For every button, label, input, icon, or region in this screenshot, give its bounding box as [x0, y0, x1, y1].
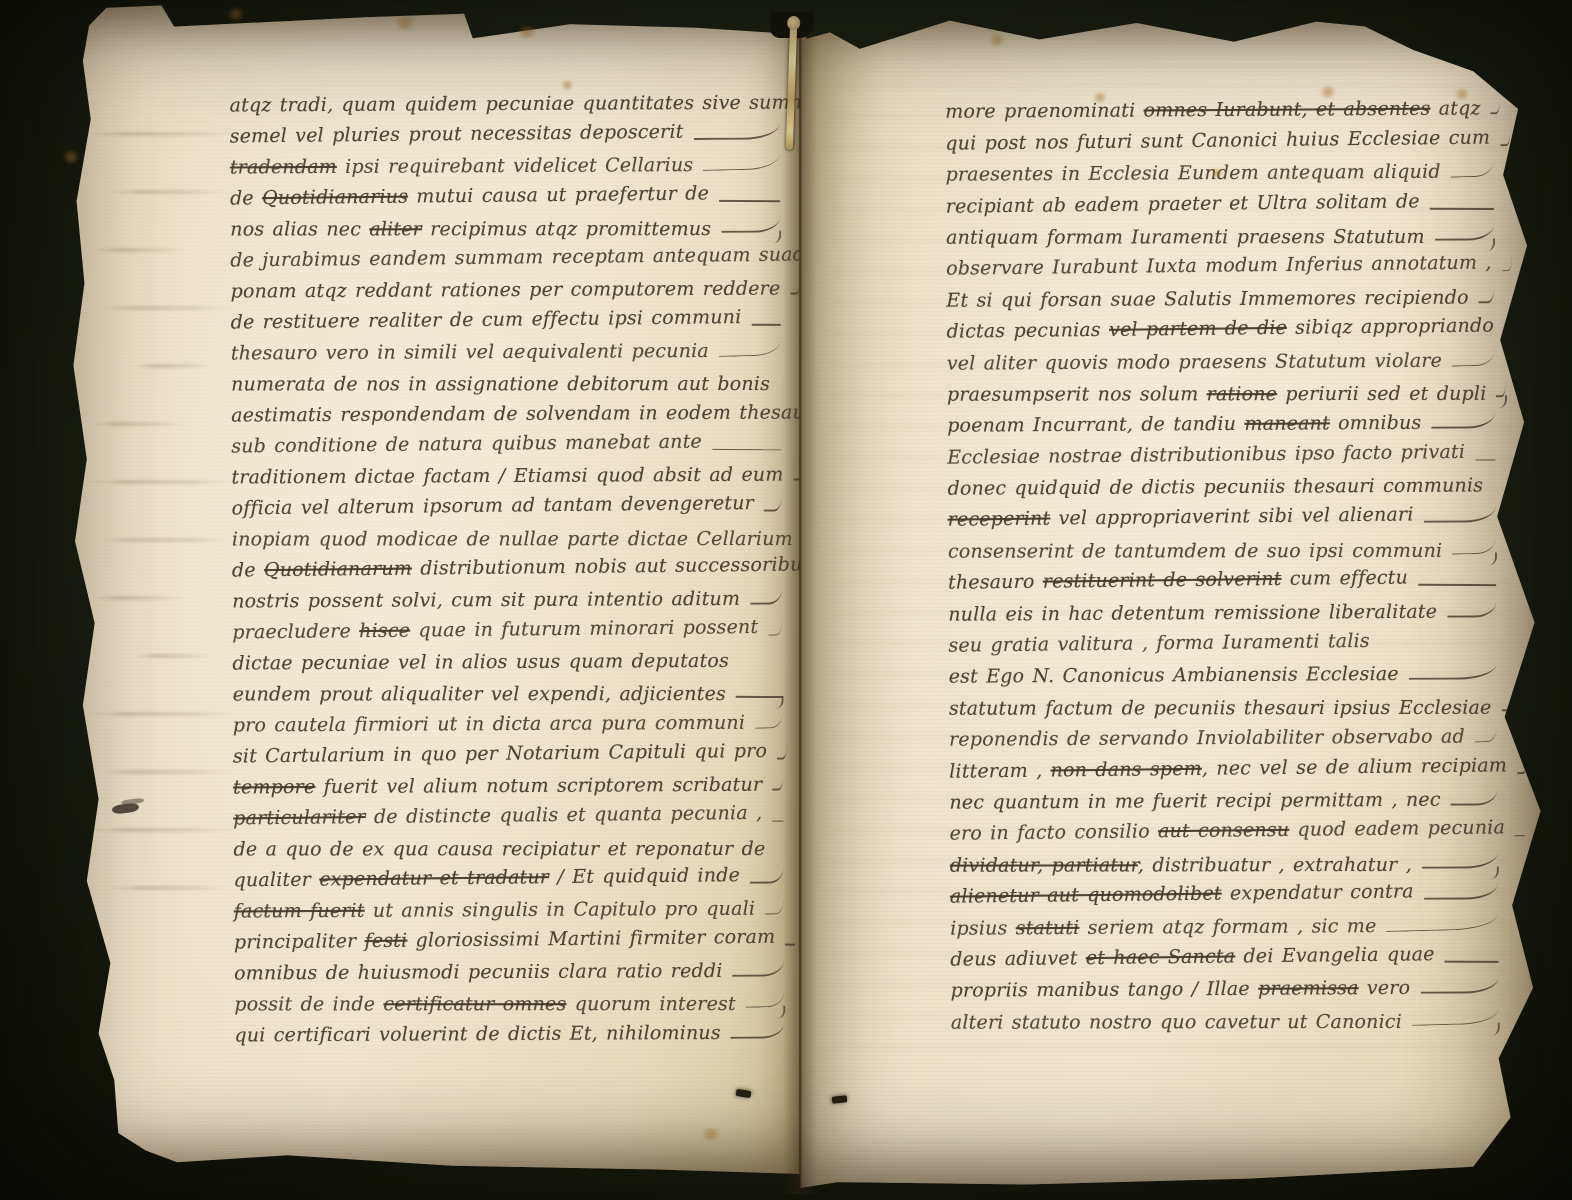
line-end-flourish — [768, 620, 782, 635]
line-text: omnibus de huiusmodi pecuniis clara rati… — [234, 959, 722, 987]
line-end-flourish — [750, 868, 784, 884]
line-text: tempore fuerit vel alium notum scriptore… — [233, 773, 762, 801]
right-page-text: more praenominati omnes Iurabunt, et abs… — [945, 90, 1501, 1035]
line-text: thesauro restituerint de solverint cum e… — [948, 566, 1408, 596]
manuscript-line: tempore fuerit vel alium notum scriptore… — [233, 767, 785, 801]
manuscript-line: aestimatis respondendam de solvendam in … — [231, 395, 783, 429]
line-end-flourish — [1435, 224, 1495, 240]
fox-spot — [560, 80, 574, 90]
line-end-flourish — [1447, 601, 1496, 617]
struck-words: alienetur aut quomodolibet — [950, 883, 1222, 908]
line-text: consenserint de tantumdem de suo ipsi co… — [948, 539, 1442, 565]
manuscript-line: deus adiuvet et haec Sancta dei Evangeli… — [950, 938, 1500, 973]
line-end-flourish — [772, 807, 783, 822]
line-end-flourish — [1418, 570, 1496, 586]
line-text: thesauro vero in simili vel aequivalenti… — [231, 339, 709, 367]
manuscript-line: de restituere realiter de cum effectu ip… — [231, 302, 783, 336]
line-text: de jurabimus eandem summam receptam ante… — [230, 242, 817, 273]
line-text: ponam atqz reddant rationes per computor… — [230, 277, 780, 305]
manuscript-line: observare Iurabunt Iuxta modum Inferius … — [946, 247, 1496, 282]
line-text: tradendam ipsi requirebant videlicet Cel… — [230, 153, 694, 180]
line-text: litteram , non dans spem, nec vel se de … — [949, 753, 1507, 784]
line-text: donec quidquid de dictis pecuniis thesau… — [947, 473, 1483, 501]
line-text: factum fuerit ut annis singulis in Capit… — [234, 897, 755, 925]
line-end-flourish — [1445, 947, 1499, 963]
right-page: more praenominati omnes Iurabunt, et abs… — [800, 10, 1548, 1188]
line-end-flourish — [719, 186, 780, 202]
manuscript-line: more praenominati omnes Iurabunt, et abs… — [945, 90, 1495, 125]
manuscript-line: propriis manibus tango / Illae praemissa… — [950, 969, 1500, 1004]
line-text: de Quotidianarius mutui causa ut praefer… — [230, 181, 709, 211]
manuscript-line: dividatur, partiatur, distribuatur , ext… — [950, 844, 1500, 879]
manuscript-line: inopiam quod modicae de nullae parte dic… — [232, 519, 784, 553]
manuscript-line: praecludere hisce quae in futurum minora… — [232, 612, 784, 646]
line-text: numerata de nos in assignatione debitoru… — [231, 372, 770, 397]
manuscript-line: est Ego N. Canonicus Ambianensis Ecclesi… — [949, 655, 1499, 690]
line-text: ero in facto consilio aut consensu quod … — [949, 816, 1505, 847]
line-end-flourish — [1517, 758, 1527, 774]
manuscript-line: dictas pecunias vel partem de die sibiqz… — [946, 310, 1496, 345]
struck-words: statuti — [1016, 916, 1080, 938]
struck-words: factum fuerit — [234, 900, 365, 923]
line-end-flourish — [750, 589, 782, 605]
line-end-flourish — [1515, 822, 1525, 837]
line-end-flourish — [1479, 287, 1495, 303]
line-text: de Quotidianarum distributionum nobis au… — [232, 552, 813, 583]
manuscript-line: vel aliter quovis modo praesens Statutum… — [947, 341, 1497, 376]
fox-spot — [516, 26, 538, 38]
line-text: nec quantum in me fuerit recipi permitta… — [949, 788, 1440, 816]
manuscript-line: de Quotidianarius mutui causa ut praefer… — [230, 178, 782, 212]
struck-words: tempore — [233, 776, 315, 798]
struck-words: dividatur, partiatur — [950, 854, 1138, 876]
manuscript-line: antiquam formam Iuramenti praesens Statu… — [946, 216, 1496, 251]
line-end-flourish — [1420, 978, 1499, 994]
manuscript-line: atqz tradi, quam quidem pecuniae quantit… — [229, 85, 781, 119]
manuscript-line: statutum factum de pecuniis thesauri ips… — [949, 687, 1499, 722]
manuscript-line: de Quotidianarum distributionum nobis au… — [232, 550, 784, 584]
manuscript-line: nostris possent solvi, cum sit pura inte… — [232, 581, 784, 615]
line-text: antiquam formam Iuramenti praesens Statu… — [946, 225, 1425, 251]
line-end-flourish — [764, 496, 782, 512]
line-end-flourish — [752, 310, 781, 326]
line-text: sit Cartularium in quo per Notarium Capi… — [233, 739, 767, 770]
line-end-flourish — [732, 961, 784, 977]
line-text: ipsius statuti seriem atqz formam , sic … — [950, 914, 1376, 942]
struck-words: Quotidianarius — [262, 186, 408, 210]
manuscript-line: reponendis de servando Inviolabiliter ob… — [949, 718, 1499, 753]
line-end-flourish — [736, 682, 783, 698]
line-text: eundem prout aliqualiter vel expendi, ad… — [233, 682, 726, 707]
struck-words: omnes Iurabunt, et absentes — [1143, 98, 1430, 122]
line-end-flourish — [1452, 350, 1495, 366]
struck-words: aut consensu — [1158, 819, 1289, 842]
struck-words: tradendam — [230, 156, 337, 179]
manuscript-line: principaliter festi gloriosissimi Martin… — [234, 922, 786, 956]
line-text: seu gratia valitura , forma Iuramenti ta… — [948, 629, 1370, 659]
line-text: alteri statuto nostro quo cavetur ut Can… — [951, 1010, 1402, 1036]
line-end-flourish — [712, 435, 781, 450]
line-end-flourish — [1504, 318, 1514, 334]
manuscript-line: semel vel pluries prout necessitas depos… — [230, 116, 782, 150]
manuscript-line: possit de inde certificatur omnes quorum… — [234, 984, 786, 1018]
line-text: recipiant ab eadem praeter et Ultra soli… — [946, 189, 1420, 219]
struck-words: aliter — [369, 218, 422, 240]
struck-words: et haec Sancta — [1086, 945, 1236, 969]
fox-spot — [1318, 86, 1338, 98]
line-text: qualiter expendatur et tradatur / Et qui… — [233, 863, 740, 893]
line-text: dictas pecunias vel partem de die sibiqz… — [946, 314, 1494, 345]
line-text: de a quo de ex qua causa recipiatur et r… — [234, 837, 766, 862]
manuscript-line: traditionem dictae factam / Etiamsi quod… — [231, 457, 783, 491]
manuscript-line: nulla eis in hac detentum remissione lib… — [948, 593, 1498, 628]
line-end-flourish — [1412, 1008, 1499, 1025]
manuscript-line: praesumpserit nos solum ratione periurii… — [947, 373, 1497, 408]
line-text: observare Iurabunt Iuxta modum Inferius … — [946, 251, 1492, 282]
manuscript-line: qui certificari voluerint de dictis Et, … — [234, 1015, 786, 1049]
line-text: nos alias nec aliter recipimus atqz prom… — [230, 217, 711, 242]
fox-spot — [700, 1128, 722, 1140]
manuscript-line: de a quo de ex qua causa recipiatur et r… — [233, 829, 785, 863]
line-text: nulla eis in hac detentum remissione lib… — [948, 599, 1437, 627]
manuscript-line: omnibus de huiusmodi pecuniis clara rati… — [234, 953, 786, 987]
manuscript-line: ero in facto consilio aut consensu quod … — [950, 812, 1500, 847]
manuscript-line: dictae pecuniae vel in alios usus quam d… — [232, 643, 784, 677]
line-end-flourish — [1386, 914, 1498, 932]
struck-words: praemissa — [1258, 978, 1359, 1001]
struck-words: non dans spem — [1050, 757, 1201, 781]
line-end-flourish — [745, 992, 784, 1008]
line-text: est Ego N. Canonicus Ambianensis Ecclesi… — [949, 662, 1399, 690]
manuscript-line: numerata de nos in assignatione debitoru… — [231, 364, 783, 398]
struck-words: vel partem de die — [1109, 317, 1287, 341]
line-end-flourish — [1424, 883, 1498, 899]
manuscript-line: consenserint de tantumdem de suo ipsi co… — [948, 530, 1498, 565]
manuscript-scan: atqz tradi, quam quidem pecuniae quantit… — [0, 0, 1572, 1200]
line-text: praecludere hisce quae in futurum minora… — [232, 615, 758, 646]
line-text: qui post nos futuri sunt Canonici huius … — [945, 125, 1490, 156]
manuscript-line: Ecclesiae nostrae distributionibus ipso … — [947, 436, 1497, 471]
struck-words: expendatur et tradatur — [319, 866, 549, 890]
struck-words: festi — [365, 930, 408, 952]
manuscript-line: donec quidquid de dictis pecuniis thesau… — [947, 467, 1497, 502]
line-end-flourish — [765, 899, 784, 914]
line-text: particulariter de distincte qualis et qu… — [233, 801, 762, 832]
line-text: Ecclesiae nostrae distributionibus ipso … — [947, 439, 1465, 470]
manuscript-line: sub conditione de natura quibus manebat … — [231, 426, 783, 460]
line-end-flourish — [1424, 507, 1496, 523]
fox-spot — [226, 8, 246, 20]
line-text: dictae pecuniae vel in alios usus quam d… — [232, 649, 729, 677]
manuscript-line: particulariter de distincte qualis et qu… — [233, 798, 785, 832]
line-end-flourish — [1501, 695, 1511, 711]
left-page: atqz tradi, quam quidem pecuniae quantit… — [20, 2, 806, 1174]
line-end-flourish — [1452, 538, 1496, 554]
line-end-flourish — [1475, 727, 1498, 743]
struck-words: certificatur omnes — [383, 993, 566, 1015]
manuscript-line: alteri statuto nostro quo cavetur ut Can… — [951, 1001, 1501, 1036]
manuscript-line: seu gratia valitura , forma Iuramenti ta… — [948, 624, 1498, 659]
manuscript-line: alienetur aut quomodolibet expendatur co… — [950, 875, 1500, 910]
line-text: aestimatis respondendam de solvendam in … — [231, 400, 826, 428]
manuscript-line: receperint vel appropriaverint sibi vel … — [948, 498, 1498, 533]
line-text: propriis manibus tango / Illae praemissa… — [951, 976, 1411, 1004]
line-end-flourish — [772, 775, 783, 791]
line-text: praesentes in Ecclesia Eundem antequam a… — [946, 160, 1441, 188]
line-text: alienetur aut quomodolibet expendatur co… — [950, 880, 1414, 910]
line-end-flourish — [721, 217, 780, 233]
line-end-flourish — [1496, 381, 1506, 397]
line-text: statutum factum de pecuniis thesauri ips… — [949, 696, 1492, 722]
line-end-flourish — [1451, 789, 1498, 805]
line-end-flourish — [755, 713, 783, 729]
line-text: receperint vel appropriaverint sibi vel … — [948, 503, 1414, 533]
manuscript-line: sit Cartularium in quo per Notarium Capi… — [233, 736, 785, 770]
fox-spot — [62, 150, 80, 164]
line-text: traditionem dictae factam / Etiamsi quod… — [231, 463, 783, 491]
struck-words: restituerint de solverint — [1043, 568, 1282, 593]
line-text: more praenominati omnes Iurabunt, et abs… — [945, 97, 1481, 125]
fox-spot — [1092, 92, 1108, 103]
manuscript-line: nec quantum in me fuerit recipi permitta… — [949, 781, 1499, 816]
manuscript-line: qualiter expendatur et tradatur / Et qui… — [234, 860, 786, 894]
line-text: officia vel alterum ipsorum ad tantam de… — [231, 491, 754, 521]
line-end-flourish — [1430, 193, 1494, 209]
line-end-flourish — [1450, 162, 1493, 178]
line-text: sub conditione de natura quibus manebat … — [231, 430, 702, 460]
line-end-flourish — [719, 340, 781, 357]
manuscript-line: Et si qui forsan suae Salutis Immemores … — [946, 279, 1496, 314]
struck-words: ratione — [1207, 383, 1277, 405]
line-end-flourish — [785, 930, 795, 946]
manuscript-line: recipiant ab eadem praeter et Ultra soli… — [946, 184, 1496, 219]
line-text: atqz tradi, quam quidem pecuniae quantit… — [230, 90, 838, 118]
line-text: nostris possent solvi, cum sit pura inte… — [232, 587, 740, 615]
struck-words: particulariter — [233, 806, 366, 829]
struck-words: maneant — [1244, 413, 1330, 436]
line-text: semel vel pluries prout necessitas depos… — [230, 120, 684, 150]
line-text: reponendis de servando Inviolabiliter ob… — [949, 725, 1465, 753]
manuscript-line: litteram , non dans spem, nec vel se de … — [949, 750, 1499, 785]
manuscript-line: poenam Incurrant, de tandiu maneant omni… — [947, 404, 1497, 439]
line-end-flourish — [1409, 664, 1497, 681]
bleed-through-text — [86, 132, 242, 1032]
line-text: Et si qui forsan suae Salutis Immemores … — [946, 285, 1468, 313]
line-end-flourish — [1475, 445, 1495, 460]
left-page-text: atqz tradi, quam quidem pecuniae quantit… — [229, 85, 786, 1049]
line-text: pro cautela firmiori ut in dicta arca pu… — [233, 711, 745, 739]
line-text: poenam Incurrant, de tandiu maneant omni… — [947, 411, 1421, 439]
line-text: qui certificari voluerint de dictis Et, … — [234, 1021, 720, 1049]
manuscript-line: tradendam ipsi requirebant videlicet Cel… — [230, 147, 782, 181]
manuscript-line: thesauro restituerint de solverint cum e… — [948, 561, 1498, 596]
manuscript-line: de jurabimus eandem summam receptam ante… — [230, 240, 782, 274]
line-text: vel aliter quovis modo praesens Statutum… — [947, 348, 1442, 376]
manuscript-line: officia vel alterum ipsorum ad tantam de… — [232, 488, 784, 522]
line-text: possit de inde certificatur omnes quorum… — [234, 992, 735, 1017]
line-text: deus adiuvet et haec Sancta dei Evangeli… — [950, 942, 1435, 972]
line-end-flourish — [703, 154, 780, 171]
line-end-flourish — [1422, 852, 1498, 868]
manuscript-line: eundem prout aliqualiter vel expendi, ad… — [233, 674, 785, 708]
manuscript-line: qui post nos futuri sunt Canonici huius … — [945, 122, 1495, 157]
fox-spot — [988, 34, 1006, 46]
manuscript-line: ipsius statuti seriem atqz formam , sic … — [950, 906, 1500, 941]
line-text: inopiam quod modicae de nullae parte dic… — [232, 527, 793, 552]
struck-words: Quotidianarum — [264, 558, 412, 582]
fox-spot — [1210, 168, 1224, 178]
manuscript-line: factum fuerit ut annis singulis in Capit… — [234, 891, 786, 925]
line-text: de restituere realiter de cum effectu ip… — [231, 305, 742, 335]
line-end-flourish — [1431, 413, 1495, 429]
struck-words: receperint — [948, 508, 1051, 531]
line-text: principaliter festi gloriosissimi Martin… — [234, 925, 776, 956]
line-text: dividatur, partiatur, distribuatur , ext… — [950, 853, 1412, 879]
line-text: praesumpserit nos solum ratione periurii… — [947, 382, 1486, 408]
fox-spot — [392, 16, 418, 29]
manuscript-line: thesauro vero in simili vel aequivalenti… — [231, 333, 783, 367]
manuscript-line: nos alias nec aliter recipimus atqz prom… — [230, 209, 782, 243]
fox-spot — [1454, 88, 1470, 100]
line-end-flourish — [694, 124, 780, 140]
manuscript-line: pro cautela firmiori ut in dicta arca pu… — [233, 705, 785, 739]
line-end-flourish — [731, 1023, 785, 1039]
manuscript-line: ponam atqz reddant rationes per computor… — [230, 271, 782, 305]
struck-words: hisce — [359, 620, 410, 643]
